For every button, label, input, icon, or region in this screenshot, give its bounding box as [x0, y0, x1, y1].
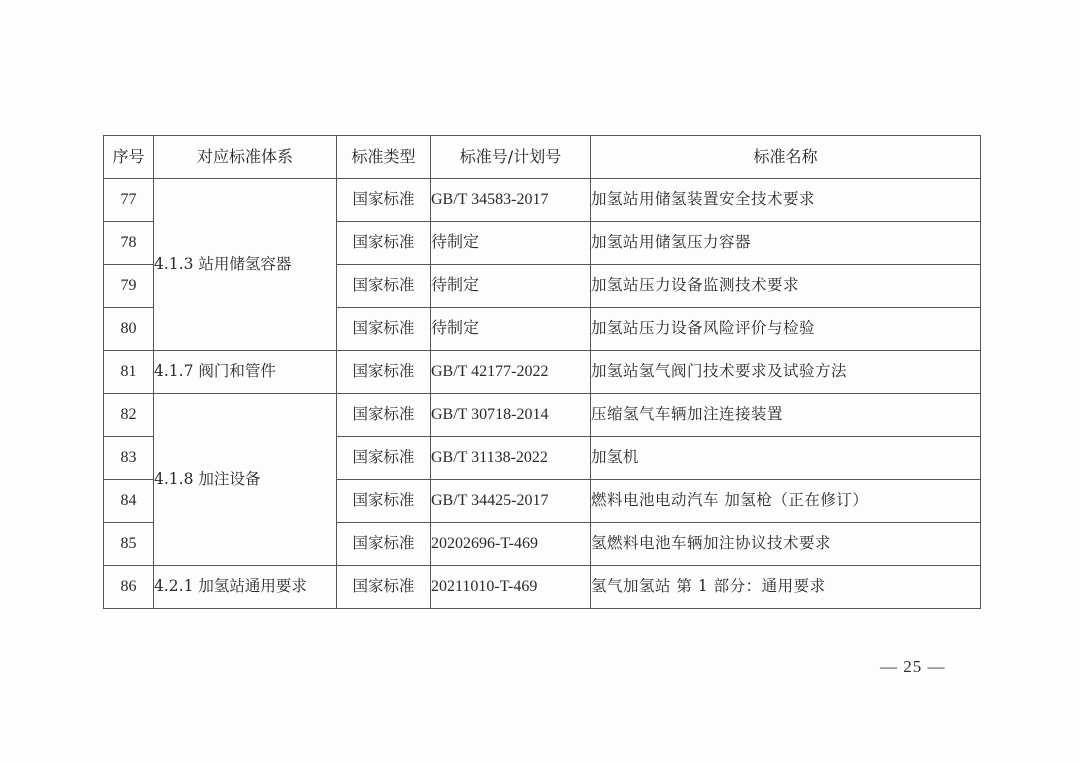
standard-name: 压缩氢气车辆加注连接装置 [591, 394, 981, 437]
header-type: 标准类型 [337, 136, 431, 179]
standard-code: 待制定 [431, 222, 591, 265]
standard-system-cell: 4.1.7 阀门和管件 [154, 351, 337, 394]
standard-type: 国家标准 [337, 308, 431, 351]
standard-code: GB/T 31138-2022 [431, 437, 591, 480]
row-number: 83 [104, 437, 154, 480]
table-header-row: 序号 对应标准体系 标准类型 标准号/计划号 标准名称 [104, 136, 981, 179]
table-row: 86 4.2.1 加氢站通用要求 国家标准 20211010-T-469 氢气加… [104, 566, 981, 609]
standard-name: 氢气加氢站 第 1 部分：通用要求 [591, 566, 981, 609]
standard-name: 加氢站用储氢压力容器 [591, 222, 981, 265]
standard-name: 加氢站压力设备监测技术要求 [591, 265, 981, 308]
document-page: 序号 对应标准体系 标准类型 标准号/计划号 标准名称 77 4.1.3 站用储… [0, 0, 1080, 763]
row-number: 86 [104, 566, 154, 609]
standard-name: 燃料电池电动汽车 加氢枪（正在修订） [591, 480, 981, 523]
standard-code: GB/T 34425-2017 [431, 480, 591, 523]
standard-system-cell: 4.2.1 加氢站通用要求 [154, 566, 337, 609]
standard-code: 待制定 [431, 308, 591, 351]
standard-type: 国家标准 [337, 222, 431, 265]
row-number: 85 [104, 523, 154, 566]
standard-type: 国家标准 [337, 523, 431, 566]
standard-system-cell: 4.1.3 站用储氢容器 [154, 179, 337, 351]
header-system: 对应标准体系 [154, 136, 337, 179]
page-number: — 25 — [880, 657, 946, 677]
standard-type: 国家标准 [337, 265, 431, 308]
standard-type: 国家标准 [337, 437, 431, 480]
standard-code: GB/T 34583-2017 [431, 179, 591, 222]
standard-type: 国家标准 [337, 351, 431, 394]
row-number: 82 [104, 394, 154, 437]
standards-table: 序号 对应标准体系 标准类型 标准号/计划号 标准名称 77 4.1.3 站用储… [103, 135, 981, 609]
header-seq: 序号 [104, 136, 154, 179]
row-number: 81 [104, 351, 154, 394]
standard-code: 20211010-T-469 [431, 566, 591, 609]
row-number: 84 [104, 480, 154, 523]
standard-code: 20202696-T-469 [431, 523, 591, 566]
standard-type: 国家标准 [337, 179, 431, 222]
standard-code: GB/T 30718-2014 [431, 394, 591, 437]
row-number: 78 [104, 222, 154, 265]
row-number: 79 [104, 265, 154, 308]
table-row: 77 4.1.3 站用储氢容器 国家标准 GB/T 34583-2017 加氢站… [104, 179, 981, 222]
standard-name: 氢燃料电池车辆加注协议技术要求 [591, 523, 981, 566]
standard-code: GB/T 42177-2022 [431, 351, 591, 394]
row-number: 77 [104, 179, 154, 222]
standard-name: 加氢站氢气阀门技术要求及试验方法 [591, 351, 981, 394]
standard-name: 加氢机 [591, 437, 981, 480]
table-row: 82 4.1.8 加注设备 国家标准 GB/T 30718-2014 压缩氢气车… [104, 394, 981, 437]
standard-type: 国家标准 [337, 480, 431, 523]
header-code: 标准号/计划号 [431, 136, 591, 179]
standard-type: 国家标准 [337, 566, 431, 609]
header-name: 标准名称 [591, 136, 981, 179]
table-row: 81 4.1.7 阀门和管件 国家标准 GB/T 42177-2022 加氢站氢… [104, 351, 981, 394]
standard-code: 待制定 [431, 265, 591, 308]
standard-system-cell: 4.1.8 加注设备 [154, 394, 337, 566]
row-number: 80 [104, 308, 154, 351]
standard-name: 加氢站压力设备风险评价与检验 [591, 308, 981, 351]
standard-type: 国家标准 [337, 394, 431, 437]
standard-name: 加氢站用储氢装置安全技术要求 [591, 179, 981, 222]
